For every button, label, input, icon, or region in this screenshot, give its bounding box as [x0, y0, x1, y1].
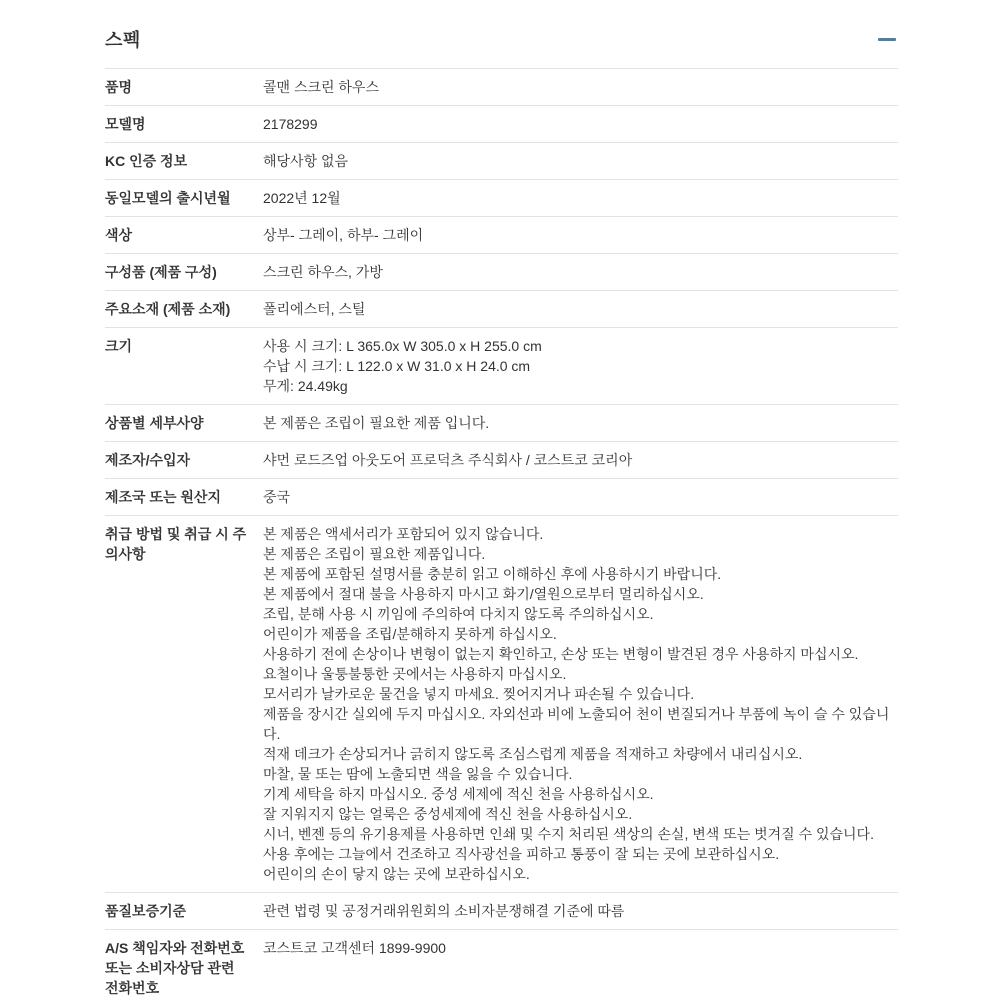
spec-row-label: 상품별 세부사양 — [105, 413, 263, 433]
spec-value-line: 본 제품에서 절대 불을 사용하지 마시고 화기/열원으로부터 멀리하십시오. — [263, 584, 898, 604]
spec-table: 품명 콜맨 스크린 하우스 모델명 2178299 KC 인증 정보 해당사항 … — [105, 69, 898, 1000]
minus-icon — [878, 38, 896, 41]
spec-row-label: 품질보증기준 — [105, 901, 263, 921]
spec-row-value: 해당사항 없음 — [263, 151, 898, 171]
spec-row-label: 제조국 또는 원산지 — [105, 487, 263, 507]
spec-row: 품질보증기준 관련 법령 및 공정거래위원회의 소비자분쟁해결 기준에 따름 — [105, 893, 898, 930]
spec-row-label: 구성품 (제품 구성) — [105, 262, 263, 282]
spec-row-label: KC 인증 정보 — [105, 151, 263, 171]
spec-value-line: 마찰, 물 또는 땀에 노출되면 색을 잃을 수 있습니다. — [263, 764, 898, 784]
spec-row-label: 동일모델의 출시년월 — [105, 188, 263, 208]
spec-row-value: 상부- 그레이, 하부- 그레이 — [263, 225, 898, 245]
spec-row: 취급 방법 및 취급 시 주의사항 본 제품은 액세서리가 포함되어 있지 않습… — [105, 516, 898, 893]
spec-row-label: 품명 — [105, 77, 263, 97]
spec-row: 동일모델의 출시년월 2022년 12월 — [105, 180, 898, 217]
spec-row: 제조국 또는 원산지 중국 — [105, 479, 898, 516]
spec-value-line: 시너, 벤젠 등의 유기용제를 사용하면 인쇄 및 수지 처리된 색상의 손실,… — [263, 824, 898, 844]
spec-row: 상품별 세부사양 본 제품은 조립이 필요한 제품 입니다. — [105, 405, 898, 442]
spec-row-value: 코스트코 고객센터 1899-9900 — [263, 938, 898, 958]
spec-row-label: 취급 방법 및 취급 시 주의사항 — [105, 524, 263, 564]
spec-row-value: 본 제품은 조립이 필요한 제품 입니다. — [263, 413, 898, 433]
spec-value-line: 무게: 24.49kg — [263, 376, 898, 396]
spec-value-line: 수납 시 크기: L 122.0 x W 31.0 x H 24.0 cm — [263, 356, 898, 376]
spec-panel: 스펙 품명 콜맨 스크린 하우스 모델명 2178299 KC 인증 정보 해당… — [105, 26, 898, 1000]
spec-value-line: 조립, 분해 사용 시 끼임에 주의하여 다치지 않도록 주의하십시오. — [263, 604, 898, 624]
spec-value-line: 잘 지워지지 않는 얼룩은 중성세제에 적신 천을 사용하십시오. — [263, 804, 898, 824]
spec-value-line: 어린이의 손이 닿지 않는 곳에 보관하십시오. — [263, 864, 898, 884]
spec-row: 주요소재 (제품 소재) 폴리에스터, 스틸 — [105, 291, 898, 328]
spec-row: A/S 책임자와 전화번호 또는 소비자상담 관련 전화번호 코스트코 고객센터… — [105, 930, 898, 1000]
spec-row-value: 2022년 12월 — [263, 188, 898, 208]
spec-value-line: 어린이가 제품을 조립/분해하지 못하게 하십시오. — [263, 624, 898, 644]
spec-section-header: 스펙 — [105, 26, 898, 69]
spec-row: 구성품 (제품 구성) 스크린 하우스, 가방 — [105, 254, 898, 291]
spec-row-value: 샤먼 로드즈업 아웃도어 프로덕츠 주식회사 / 코스트코 코리아 — [263, 450, 898, 470]
spec-row-label: 모델명 — [105, 114, 263, 134]
spec-row-value: 사용 시 크기: L 365.0x W 305.0 x H 255.0 cm수납… — [263, 336, 898, 396]
spec-row-value: 본 제품은 액세서리가 포함되어 있지 않습니다.본 제품은 조립이 필요한 제… — [263, 524, 898, 884]
spec-row-value: 콜맨 스크린 하우스 — [263, 77, 898, 97]
spec-value-line: 제품을 장시간 실외에 두지 마십시오. 자외선과 비에 노출되어 천이 변질되… — [263, 704, 898, 744]
spec-row: 색상 상부- 그레이, 하부- 그레이 — [105, 217, 898, 254]
spec-value-line: 본 제품에 포함된 설명서를 충분히 읽고 이해하신 후에 사용하시기 바랍니다… — [263, 564, 898, 584]
spec-row-value: 스크린 하우스, 가방 — [263, 262, 898, 282]
spec-section-title: 스펙 — [105, 26, 141, 52]
spec-row-value: 폴리에스터, 스틸 — [263, 299, 898, 319]
spec-value-line: 적재 데크가 손상되거나 긁히지 않도록 조심스럽게 제품을 적재하고 차량에서… — [263, 744, 898, 764]
spec-value-line: 사용하기 전에 손상이나 변형이 없는지 확인하고, 손상 또는 변형이 발견된… — [263, 644, 898, 664]
spec-row-value: 중국 — [263, 487, 898, 507]
spec-value-line: 모서리가 날카로운 물건을 넣지 마세요. 찢어지거나 파손될 수 있습니다. — [263, 684, 898, 704]
spec-value-line: 기계 세탁을 하지 마십시오. 중성 세제에 적신 천을 사용하십시오. — [263, 784, 898, 804]
spec-row: 품명 콜맨 스크린 하우스 — [105, 69, 898, 106]
spec-row-label: 주요소재 (제품 소재) — [105, 299, 263, 319]
spec-row-value: 2178299 — [263, 114, 898, 134]
spec-row: 모델명 2178299 — [105, 106, 898, 143]
spec-row-label: A/S 책임자와 전화번호 또는 소비자상담 관련 전화번호 — [105, 938, 263, 998]
spec-row-label: 크기 — [105, 336, 263, 356]
spec-row: 크기 사용 시 크기: L 365.0x W 305.0 x H 255.0 c… — [105, 328, 898, 405]
spec-row-label: 색상 — [105, 225, 263, 245]
spec-value-line: 본 제품은 조립이 필요한 제품입니다. — [263, 544, 898, 564]
spec-value-line: 요철이나 울퉁불퉁한 곳에서는 사용하지 마십시오. — [263, 664, 898, 684]
spec-row-label: 제조자/수입자 — [105, 450, 263, 470]
spec-row: 제조자/수입자 샤먼 로드즈업 아웃도어 프로덕츠 주식회사 / 코스트코 코리… — [105, 442, 898, 479]
spec-value-line: 본 제품은 액세서리가 포함되어 있지 않습니다. — [263, 524, 898, 544]
collapse-section-button[interactable] — [876, 34, 898, 45]
spec-row-value: 관련 법령 및 공정거래위원회의 소비자분쟁해결 기준에 따름 — [263, 901, 898, 921]
spec-value-line: 사용 후에는 그늘에서 건조하고 직사광선을 피하고 통풍이 잘 되는 곳에 보… — [263, 844, 898, 864]
spec-row: KC 인증 정보 해당사항 없음 — [105, 143, 898, 180]
spec-value-line: 사용 시 크기: L 365.0x W 305.0 x H 255.0 cm — [263, 336, 898, 356]
